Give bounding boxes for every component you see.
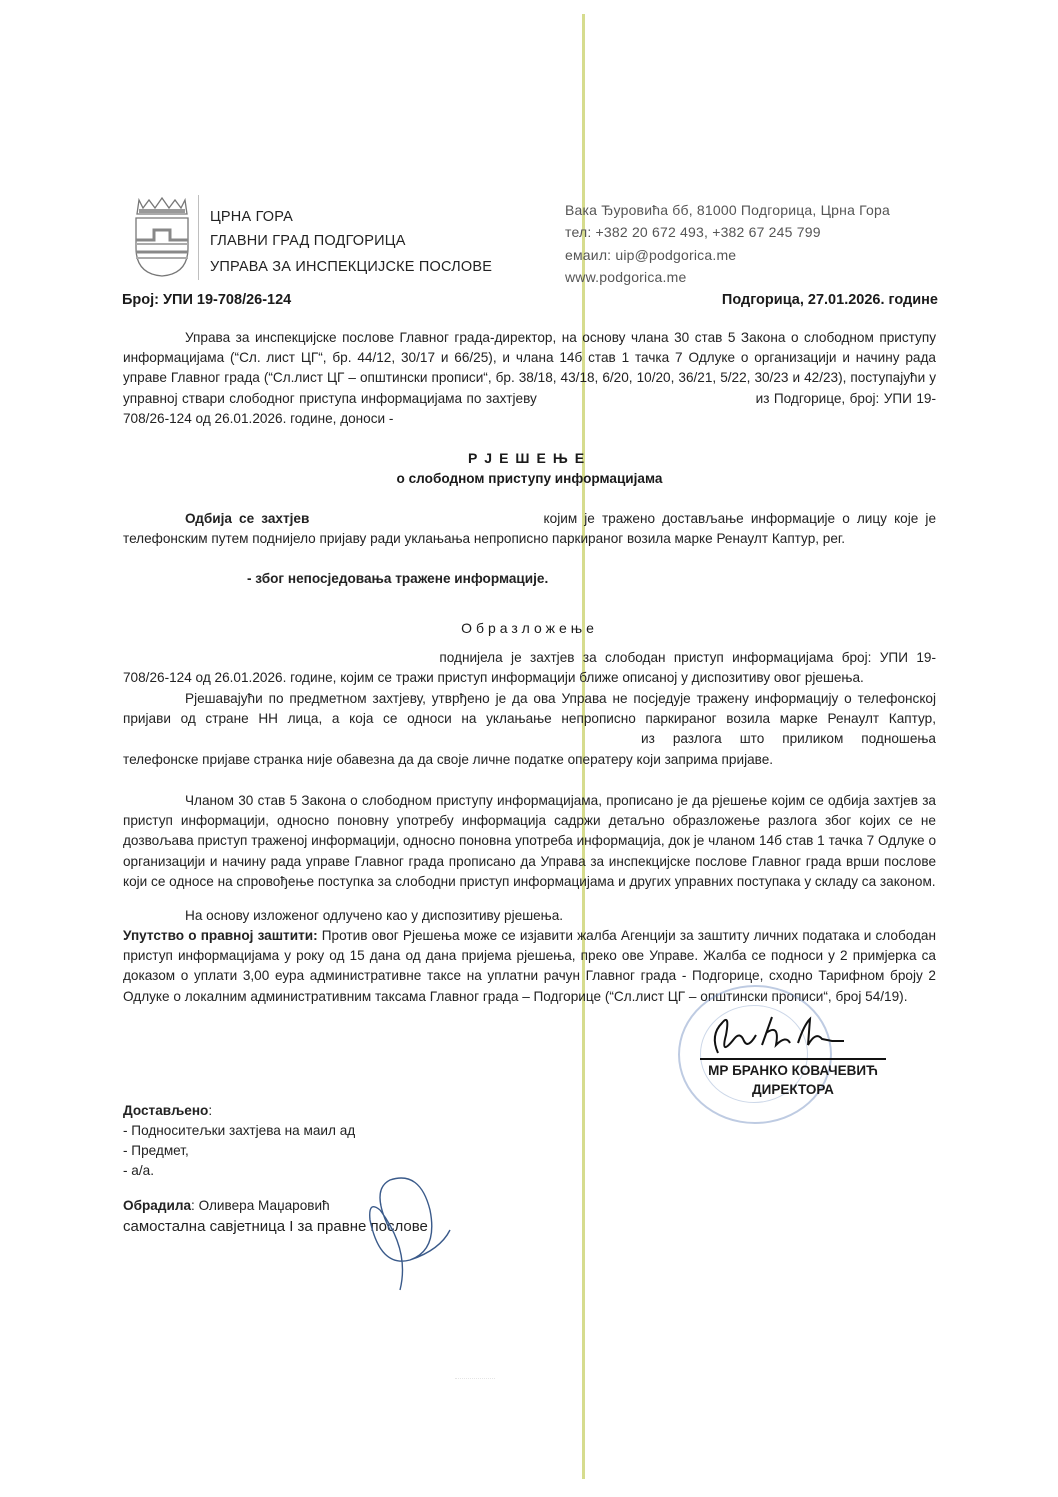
- prepared-name: Оливера Маџаровић: [199, 1198, 330, 1213]
- explanation-p3: Чланом 30 став 5 Закона о слободном прис…: [123, 791, 936, 892]
- contact-address: Вака Ђуровића бб, 81000 Подгорица, Црна …: [565, 202, 890, 218]
- decision-reason: - због непосједовања тражене информације…: [247, 569, 847, 589]
- explanation-p1-text: поднијела је захтјев за слободан приступ…: [123, 650, 936, 685]
- decision-reason-text: - због непосједовања тражене информације…: [247, 571, 548, 586]
- explanation-title: Образложење: [123, 620, 936, 636]
- document-date: Подгорица, 27.01.2026. године: [722, 292, 938, 308]
- signer-role: ДИРЕКТОРА: [700, 1082, 886, 1097]
- org-city: ГЛАВНИ ГРАД ПОДГОРИЦА: [210, 233, 406, 249]
- decision-subtitle: о слободном приступу информацијама: [123, 471, 936, 486]
- org-department: УПРАВА ЗА ИНСПЕКЦИЈСКЕ ПОСЛОВЕ: [210, 259, 492, 275]
- scan-noise: [455, 1378, 495, 1391]
- contact-website[interactable]: www.podgorica.me: [565, 269, 686, 285]
- legal-remedy-label: Упутство о правној заштити:: [123, 928, 318, 943]
- contact-phone: тел: +382 20 672 493, +382 67 245 799: [565, 224, 821, 240]
- org-country: ЦРНА ГОРА: [210, 209, 293, 225]
- delivered-item: - Подноситељки захтјева на маил ад: [123, 1123, 355, 1138]
- reference-number: Број: УПИ 19-708/26-124: [122, 292, 291, 308]
- explanation-p1: поднијела је захтјев за слободан приступ…: [123, 648, 936, 688]
- explanation-p3-text: Чланом 30 став 5 Закона о слободном прис…: [123, 791, 936, 892]
- coat-of-arms-icon: [133, 196, 191, 278]
- explanation-p4: На основу изложеног одлучено као у диспо…: [123, 906, 936, 926]
- signer-name: МР БРАНКО КОВАЧЕВИЋ: [700, 1063, 886, 1078]
- initials-signature-icon: [350, 1170, 460, 1300]
- contact-email[interactable]: емаил: uip@podgorica.me: [565, 247, 736, 263]
- explanation-p2: Рјешавајући по предметном захтјеву, утвр…: [123, 689, 936, 770]
- intro-paragraph: Управа за инспекцијске послове Главног г…: [123, 328, 936, 429]
- header-divider: [198, 195, 199, 280]
- decision-paragraph: Одбија се захтјев којим је тражено доста…: [123, 509, 936, 549]
- handwritten-signature-icon: [700, 1005, 860, 1060]
- explanation-p4-text: На основу изложеног одлучено као у диспо…: [123, 906, 936, 926]
- prepared-by: Обрадила: Оливера Маџаровић: [123, 1198, 330, 1213]
- delivered-label: Достављено: [123, 1103, 208, 1118]
- prepared-label: Обрадила: [123, 1198, 191, 1213]
- signature-line: [700, 1058, 886, 1060]
- delivered-item: - Предмет,: [123, 1143, 189, 1158]
- delivered-item: - а/а.: [123, 1163, 154, 1178]
- explanation-p2-text-b: из разлога што приликом подношења телефо…: [123, 731, 936, 766]
- delivered-heading: Достављено:: [123, 1103, 212, 1118]
- legal-remedy: Упутство о правној заштити: Против овог …: [123, 926, 936, 1007]
- decision-lead: Одбија се захтјев: [185, 511, 309, 526]
- explanation-p2-text-a: Рјешавајући по предметном захтјеву, утвр…: [123, 691, 936, 726]
- decision-title: РЈЕШЕЊЕ: [123, 450, 936, 466]
